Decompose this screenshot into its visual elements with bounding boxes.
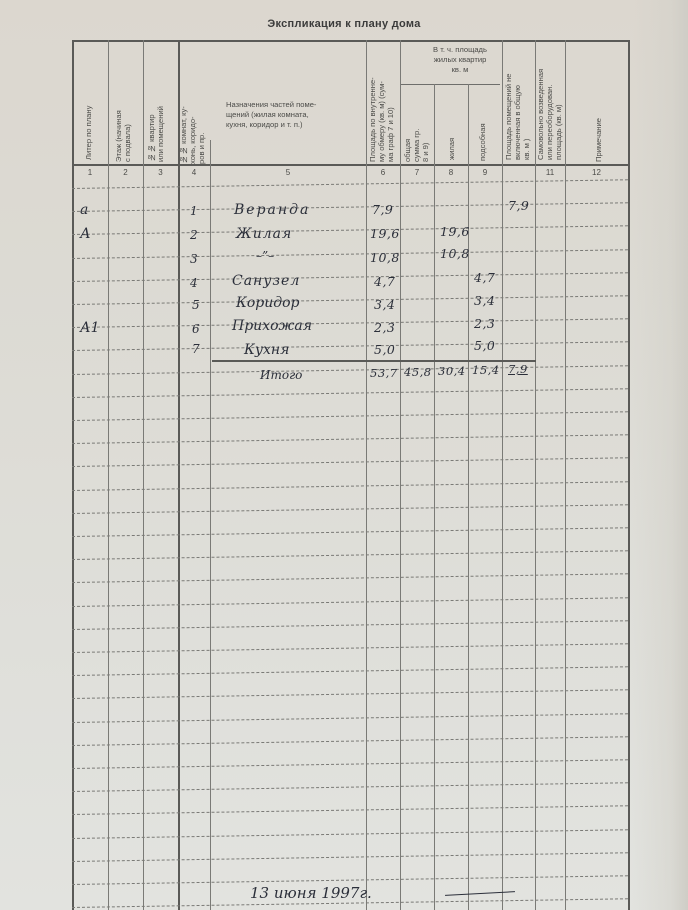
- row6-liter: А1: [80, 320, 100, 336]
- totals-not-included: 7,9: [508, 362, 528, 376]
- header-group-living-area: В т. ч. площадь жилых квартир кв. м: [412, 45, 508, 75]
- colnum-9: 9: [468, 168, 502, 177]
- col-border-5: [366, 40, 367, 910]
- row5-area: 3,4: [374, 297, 395, 312]
- row4-auxiliary: 4,7: [474, 270, 495, 285]
- row-line: [72, 457, 628, 467]
- row3-room-no: 3: [190, 252, 198, 266]
- row1-area: 7,9: [372, 202, 393, 217]
- col-border-1: [108, 40, 109, 910]
- header-rooms: №№ комнат, ку- хонь, коридо- ров и пр.: [179, 88, 206, 164]
- header-total-sum: общая сумма гр. 8 и 9): [403, 120, 430, 162]
- row3-purpose: –”–: [256, 249, 274, 263]
- row-line: [72, 666, 628, 676]
- row3-area: 10,8: [370, 250, 400, 265]
- paper-edge-shadow: [632, 0, 688, 910]
- totals-total: 45,8: [404, 365, 432, 379]
- colnum-12: 12: [565, 168, 628, 177]
- header-living: жилая: [447, 130, 456, 160]
- header-bottom-border: [72, 164, 628, 166]
- colnum-4: 4: [178, 168, 210, 177]
- row-line: [72, 597, 628, 607]
- row5-purpose: Коридор: [236, 295, 300, 311]
- row4-room-no: 4: [190, 276, 198, 290]
- row7-auxiliary: 5,0: [474, 338, 495, 353]
- row-line: [72, 272, 628, 282]
- col-border-2: [143, 40, 144, 910]
- row5-room-no: 5: [192, 298, 200, 312]
- row-line: [72, 318, 628, 328]
- row-line: [72, 759, 628, 769]
- row5-auxiliary: 3,4: [474, 293, 495, 308]
- col-border-8: [468, 84, 469, 910]
- row-line: [72, 504, 628, 514]
- document-title: Экспликация к плану дома: [0, 18, 688, 30]
- row-line: [72, 341, 628, 351]
- totals-label: Итого: [260, 368, 302, 382]
- row2-purpose: Жилая: [236, 226, 292, 242]
- row-line: [72, 179, 628, 189]
- colnum-8: 8: [434, 168, 468, 177]
- row-line: [72, 689, 628, 699]
- totals-living: 30,4: [438, 364, 466, 378]
- col-border-left: [72, 40, 74, 910]
- row6-auxiliary: 2,3: [474, 316, 495, 331]
- col-border-9: [502, 40, 503, 910]
- subheader-divider: [400, 84, 500, 85]
- row7-purpose: Кухня: [244, 342, 289, 358]
- row4-purpose: Санузел: [232, 273, 300, 289]
- header-apartments: №№ квартир или помещений: [147, 86, 165, 162]
- row-line: [72, 805, 628, 815]
- col-border-11: [565, 40, 566, 910]
- header-purpose: Назначения частей поме- щений (жилая ком…: [226, 100, 362, 130]
- row-line: [72, 643, 628, 653]
- col-border-right: [628, 40, 630, 910]
- row-line: [72, 782, 628, 792]
- row2-room-no: 2: [190, 228, 198, 242]
- row2-living: 19,6: [440, 224, 470, 239]
- row7-area: 5,0: [374, 342, 395, 357]
- colnum-2: 2: [108, 168, 143, 177]
- row-line: [72, 736, 628, 746]
- totals-divider: [212, 360, 536, 362]
- row6-purpose: Прихожая: [232, 318, 312, 334]
- totals-area: 53,7: [370, 366, 398, 380]
- col-border-6: [400, 40, 401, 910]
- row1-purpose: Веранда: [234, 202, 310, 218]
- row7-room-no: 7: [192, 342, 200, 356]
- footer-date: 13 июня 1997г.: [250, 884, 372, 902]
- col-border-3: [178, 40, 180, 910]
- colnum-11: 11: [535, 168, 565, 177]
- header-not-included: Площадь помещений не включенная в общую …: [504, 42, 531, 160]
- row-line: [72, 365, 628, 375]
- header-floor: Этаж (начиная с подвала): [114, 86, 132, 162]
- row3-living: 10,8: [440, 246, 470, 261]
- row4-area: 4,7: [374, 274, 395, 289]
- header-note: Примечание: [594, 92, 603, 162]
- header-liter: Литер по плану: [84, 80, 93, 160]
- header-unauthorized: Самовольно возведенная или переоборудова…: [536, 40, 563, 160]
- col-border-10: [535, 40, 536, 910]
- row6-room-no: 6: [192, 322, 200, 336]
- row-line: [72, 573, 628, 583]
- row1-room-no: 1: [190, 204, 198, 218]
- row-line: [72, 713, 628, 723]
- colnum-6: 6: [366, 168, 400, 177]
- row2-liter: А: [80, 226, 91, 242]
- colnum-7: 7: [400, 168, 434, 177]
- row6-area: 2,3: [374, 320, 395, 335]
- row-line: [72, 411, 628, 421]
- colnum-1: 1: [72, 168, 108, 177]
- header-area-internal: Площадь по внутренне- му обмеру (кв. м) …: [368, 42, 395, 162]
- row-line: [72, 829, 628, 839]
- row-line: [72, 481, 628, 491]
- row-line: [72, 852, 628, 862]
- row1-liter: а: [80, 202, 88, 218]
- row1-not-included: 7,9: [508, 198, 529, 213]
- header-auxiliary: подсобная: [478, 115, 487, 161]
- row-line: [72, 225, 628, 235]
- colnum-3: 3: [143, 168, 178, 177]
- row-line: [72, 295, 628, 305]
- row-line: [72, 388, 628, 398]
- colnum-5: 5: [210, 168, 366, 177]
- explication-table: Литер по плану Этаж (начиная с подвала) …: [72, 40, 628, 910]
- row-line: [72, 434, 628, 444]
- row-line: [72, 202, 628, 212]
- row-line: [72, 249, 628, 259]
- row-line: [72, 527, 628, 537]
- row-line: [72, 620, 628, 630]
- row-line: [72, 550, 628, 560]
- row2-area: 19,6: [370, 226, 400, 241]
- totals-auxiliary: 15,4: [472, 363, 500, 377]
